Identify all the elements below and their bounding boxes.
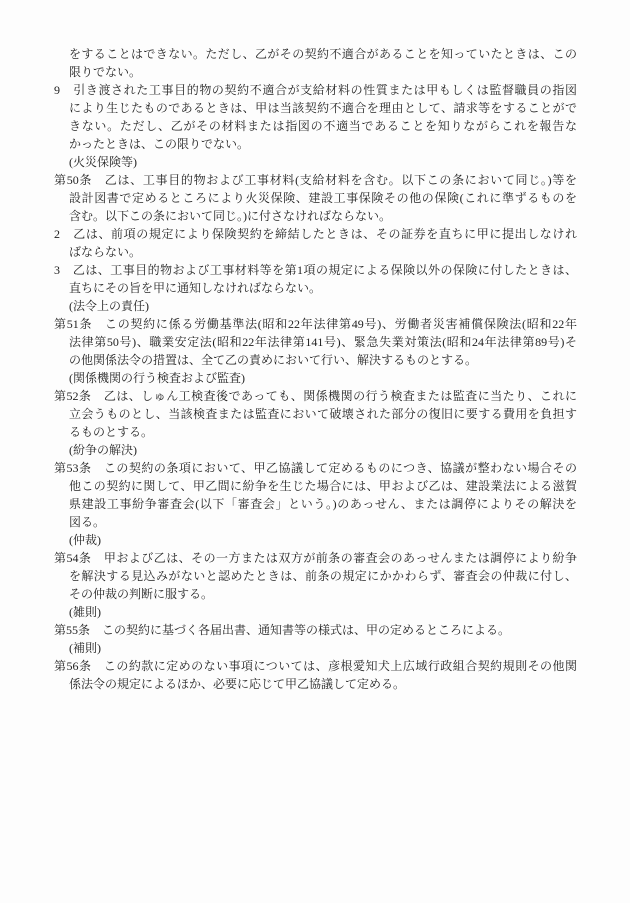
- article-paragraph: 第55条 この契約に基づく各届出書、通知書等の様式は、甲の定めるところによる。: [54, 621, 577, 639]
- text-line: を解決する見込みがないと認めたときは、前条の規定にかかわらず、審査会の仲裁に付し…: [54, 567, 577, 585]
- text-line: により生じたものであるときは、甲は当該契約不適合を理由として、請求等をすることが…: [54, 99, 577, 117]
- text-line: 第52条 乙は、しゅん工検査後であっても、関係機関の行う検査または監査に当たり、…: [54, 387, 577, 405]
- section-heading: (関係機関の行う検査および監査): [54, 369, 577, 387]
- text-line: その仲裁の判断に服する。: [54, 585, 577, 603]
- text-line: (補則): [54, 639, 577, 657]
- text-line: 立会うものとし、当該検査または監査において破壊された部分の復旧に要する費用を負担…: [54, 405, 577, 423]
- article-paragraph: 第56条 この約款に定めのない事項については、彦根愛知犬上広域行政組合契約規則そ…: [54, 657, 577, 693]
- continuation-paragraph: をすることはできない。ただし、乙がその契約不適合があることを知っていたときは、こ…: [54, 45, 577, 81]
- section-heading: (紛争の解決): [54, 441, 577, 459]
- text-line: 第54条 甲および乙は、その一方または双方が前条の審査会のあっせんまたは調停によ…: [54, 549, 577, 567]
- text-line: (火災保険等): [54, 153, 577, 171]
- text-line: 2 乙は、前項の規定により保険契約を締結したときは、その証券を直ちに甲に提出しな…: [54, 225, 577, 243]
- numbered-paragraph: 9 引き渡された工事目的物の契約不適合が支給材料の性質または甲もしくは監督職員の…: [54, 81, 577, 153]
- article-paragraph: 第54条 甲および乙は、その一方または双方が前条の審査会のあっせんまたは調停によ…: [54, 549, 577, 603]
- text-line: 第56条 この約款に定めのない事項については、彦根愛知犬上広域行政組合契約規則そ…: [54, 657, 577, 675]
- text-line: 県建設工事紛争審査会(以下「審査会」という。)のあっせん、または調停によりその解…: [54, 495, 577, 513]
- text-line: 第51条 この契約に係る労働基準法(昭和22年法律第49号)、労働者災害補償保険…: [54, 315, 577, 333]
- article-paragraph: 第50条 乙は、工事目的物および工事材料(支給材料を含む。以下この条において同じ…: [54, 171, 577, 225]
- article-paragraph: 第53条 この契約の条項において、甲乙協議して定めるものにつき、協議が整わない場…: [54, 459, 577, 531]
- text-line: 設計図書で定めるところにより火災保険、建設工事保険その他の保険(これに準ずるもの…: [54, 189, 577, 207]
- contract-clauses-text: をすることはできない。ただし、乙がその契約不適合があることを知っていたときは、こ…: [0, 0, 630, 693]
- article-paragraph: 第52条 乙は、しゅん工検査後であっても、関係機関の行う検査または監査に当たり、…: [54, 387, 577, 441]
- text-line: をすることはできない。ただし、乙がその契約不適合があることを知っていたときは、こ…: [54, 45, 577, 63]
- text-line: ばならない。: [54, 243, 577, 261]
- text-line: 第50条 乙は、工事目的物および工事材料(支給材料を含む。以下この条において同じ…: [54, 171, 577, 189]
- text-line: 法律第50号)、職業安定法(昭和22年法律第141号)、緊急失業対策法(昭和24…: [54, 333, 577, 351]
- text-line: 含む。以下この条において同じ。)に付さなければならない。: [54, 207, 577, 225]
- text-line: かったときは、この限りでない。: [54, 135, 577, 153]
- numbered-paragraph: 2 乙は、前項の規定により保険契約を締結したときは、その証券を直ちに甲に提出しな…: [54, 225, 577, 261]
- text-line: 9 引き渡された工事目的物の契約不適合が支給材料の性質または甲もしくは監督職員の…: [54, 81, 577, 99]
- text-line: 係法令の規定によるほか、必要に応じて甲乙協議して定める。: [54, 675, 577, 693]
- numbered-paragraph: 3 乙は、工事目的物および工事材料等を第1項の規定による保険以外の保険に付したと…: [54, 261, 577, 297]
- text-line: きない。ただし、乙がその材料または指図の不適当であることを知りながらこれを報告な: [54, 117, 577, 135]
- text-line: (法令上の責任): [54, 297, 577, 315]
- text-line: 限りでない。: [54, 63, 577, 81]
- section-heading: (火災保険等): [54, 153, 577, 171]
- text-line: 3 乙は、工事目的物および工事材料等を第1項の規定による保険以外の保険に付したと…: [54, 261, 577, 279]
- text-line: るものとする。: [54, 423, 577, 441]
- text-line: (紛争の解決): [54, 441, 577, 459]
- text-line: (雑則): [54, 603, 577, 621]
- text-line: 直ちにその旨を甲に通知しなければならない。: [54, 279, 577, 297]
- text-line: (関係機関の行う検査および監査): [54, 369, 577, 387]
- section-heading: (補則): [54, 639, 577, 657]
- section-heading: (法令上の責任): [54, 297, 577, 315]
- text-line: 第53条 この契約の条項において、甲乙協議して定めるものにつき、協議が整わない場…: [54, 459, 577, 477]
- article-paragraph: 第51条 この契約に係る労働基準法(昭和22年法律第49号)、労働者災害補償保険…: [54, 315, 577, 369]
- section-heading: (雑則): [54, 603, 577, 621]
- text-line: 図る。: [54, 513, 577, 531]
- text-line: 第55条 この契約に基づく各届出書、通知書等の様式は、甲の定めるところによる。: [54, 621, 577, 639]
- text-line: の他関係法令の措置は、全て乙の責めにおいて行い、解決するものとする。: [54, 351, 577, 369]
- text-line: (仲裁): [54, 531, 577, 549]
- document-page: をすることはできない。ただし、乙がその契約不適合があることを知っていたときは、こ…: [0, 0, 630, 903]
- text-line: 他この契約に関して、甲乙間に紛争を生じた場合には、甲および乙は、建設業法による滋…: [54, 477, 577, 495]
- section-heading: (仲裁): [54, 531, 577, 549]
